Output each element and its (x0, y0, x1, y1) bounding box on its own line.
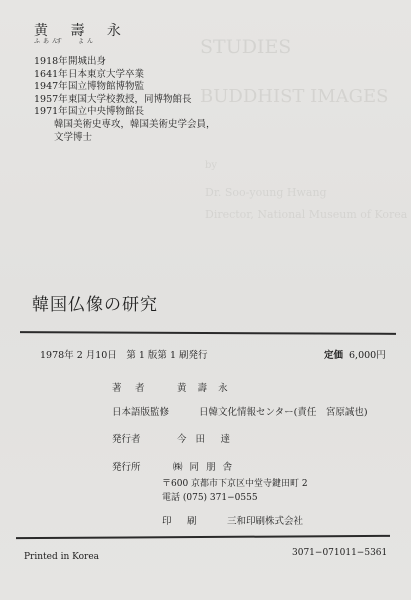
book-title: 韓国仏像の研究 (32, 290, 158, 315)
bio-entry: 1957年東国大学校教授，同博物館長 (34, 94, 216, 107)
book-code: 3071−071011−5361 (292, 548, 387, 558)
bio-entry: 1641年日本東京大学卒業 (34, 69, 216, 82)
bio-entry: 文学博士 (34, 132, 216, 145)
bio-entry: 1947年国立博物館博物監 (34, 81, 216, 94)
bio-year: 1918年 (34, 56, 68, 69)
ruby-1: ふあん (34, 36, 56, 45)
credit-value: 今 田 達 (177, 434, 233, 445)
ruby-3: よん (78, 36, 100, 45)
credit-value: 黄 壽 永 (177, 383, 232, 394)
credit-publisher-company: 発行所 ㈱ 同 朋 舎 (112, 459, 234, 473)
credit-value: 日韓文化情報センター(責任 宮原誠也) (199, 407, 368, 418)
publication-date: 1978年 2 月10日 第 1 版第 1 刷発行 (40, 347, 208, 361)
bio-entry: 1918年開城出身 (34, 56, 216, 69)
credit-label: 発行者 (112, 431, 174, 445)
bio-year: 1947年 (34, 81, 68, 94)
bio-text: 開城出身 (68, 56, 106, 67)
publisher-address: 〒600 京都市下京区中堂寺鍵田町 2 (162, 476, 308, 489)
author-biography: 1918年開城出身 1641年日本東京大学卒業 1947年国立博物館博物監 19… (34, 56, 216, 144)
divider-top (20, 331, 396, 334)
bleed-through-text: BUDDHIST IMAGES (200, 86, 389, 107)
bio-text: 東国大学校教授，同博物館長 (68, 94, 192, 105)
bleed-through-text: STUDIES (200, 36, 291, 58)
bio-year: 1957年 (34, 94, 68, 107)
credit-supervisor: 日本語版監修 日韓文化情報センター(責任 宮原誠也) (112, 404, 368, 418)
credit-value: ㈱ 同 朋 舎 (173, 462, 234, 473)
credit-printer: 印 刷 三和印刷株式会社 (162, 513, 303, 527)
credit-label: 発行所 (112, 459, 170, 473)
printed-in-label: Printed in Korea (24, 552, 99, 562)
bio-text: 国立博物館博物監 (68, 81, 144, 92)
bio-entry: 韓国美術史専攻，韓国美術史学会員， (34, 119, 216, 132)
credit-label: 印 刷 (162, 513, 224, 527)
ruby-2: す (56, 36, 78, 45)
bio-entry: 1971年国立中央博物館長 (34, 106, 216, 119)
bio-text: 日本東京大学卒業 (68, 69, 144, 80)
bio-year: 1641年 (34, 69, 68, 82)
bleed-through-text: Dr. Soo-young Hwang (205, 186, 327, 199)
bio-year: 1971年 (34, 106, 68, 119)
colophon-page: STUDIES BUDDHIST IMAGES by Dr. Soo-young… (0, 0, 411, 600)
price: 定価6,000円 (324, 347, 386, 361)
credit-publisher-person: 発行者 今 田 達 (112, 431, 233, 445)
bleed-through-text: by (205, 160, 217, 171)
bio-text: 国立中央博物館長 (68, 106, 144, 117)
author-name-reading: ふあんすよん (34, 36, 100, 45)
credit-author: 著 者 黄 壽 永 (112, 380, 232, 394)
credit-value: 三和印刷株式会社 (227, 516, 303, 527)
credit-label: 著 者 (112, 380, 174, 394)
price-value: 6,000円 (349, 350, 386, 361)
publisher-phone: 電話 (075) 371−0555 (162, 490, 258, 503)
bleed-through-text: Director, National Museum of Korea (205, 208, 407, 221)
divider-bottom (16, 535, 390, 539)
credit-label: 日本語版監修 (112, 404, 196, 418)
price-label: 定価 (324, 350, 343, 361)
